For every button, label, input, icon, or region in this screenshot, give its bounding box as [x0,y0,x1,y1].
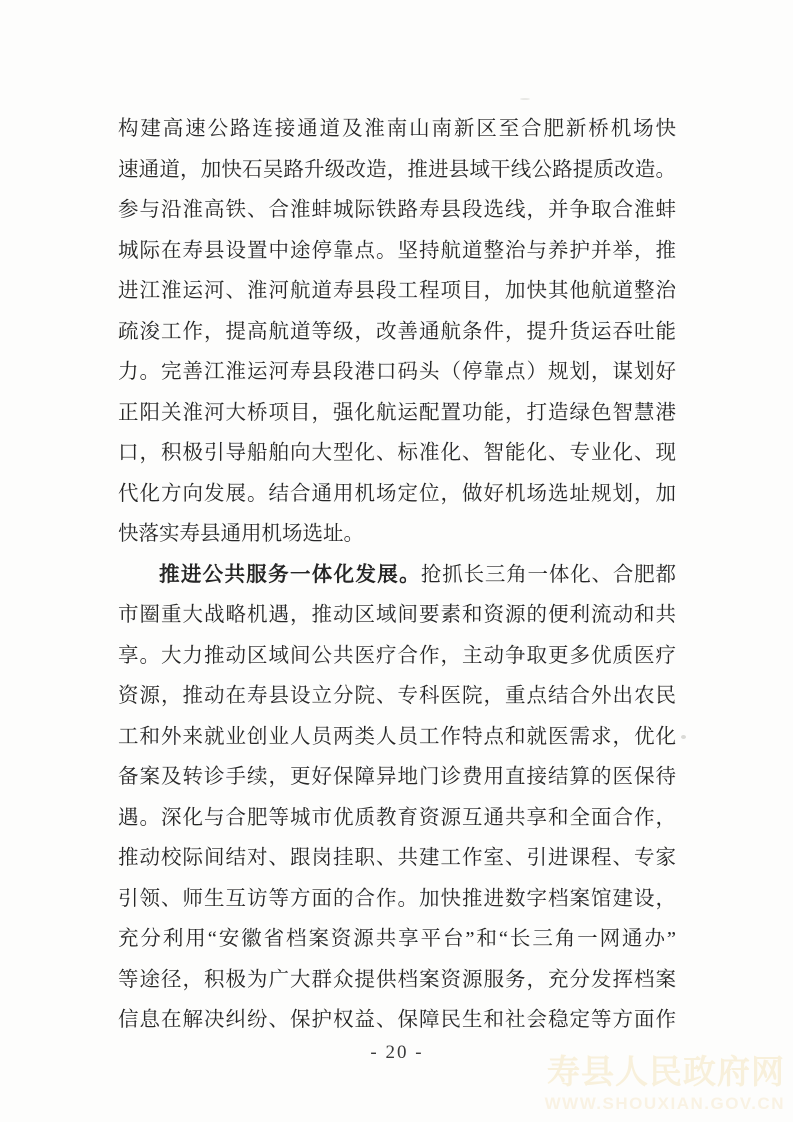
text-line: 市圈重大战略机遇，推动区域间要素和资源的便利流动和共 [118,595,676,636]
document-body: 构建高速公路连接通道及淮南山南新区至合肥新桥机场快 速通道，加快石吴路升级改造，… [118,109,676,1041]
text-line-paragraph-start: 推进公共服务一体化发展。抢抓长三角一体化、合肥都 [118,555,676,596]
paragraph-lead-bold: 推进公共服务一体化发展。 [159,563,421,586]
paragraph-lead-rest: 抢抓长三角一体化、合肥都 [421,564,676,586]
text-line: 信息在解决纠纷、保护权益、保障民生和社会稳定等方面作 [118,1000,676,1041]
text-line: 备案及转诊手续，更好保障异地门诊费用直接结算的医保待 [118,757,676,798]
text-line: 等途径，积极为广大群众提供档案资源服务，充分发挥档案 [118,960,676,1001]
scan-artifact-speck [520,98,530,100]
scan-artifact-top [0,0,793,6]
scan-artifact-speck [681,735,686,739]
text-line: 工和外来就业创业人员两类人员工作特点和就医需求，优化 [118,717,676,758]
text-line: 资源，推动在寿县设立分院、专科医院，重点结合外出农民 [118,676,676,717]
text-line: 遇。深化与合肥等城市优质教育资源互通共享和全面合作， [118,798,676,839]
text-line: 享。大力推动区域间公共医疗合作，主动争取更多优质医疗 [118,636,676,677]
text-line: 进江淮运河、淮河航道寿县段工程项目，加快其他航道整治 [118,271,676,312]
text-line: 正阳关淮河大桥项目，强化航运配置功能，打造绿色智慧港 [118,393,676,434]
text-line: 力。完善江淮运河寿县段港口码头（停靠点）规划，谋划好 [118,352,676,393]
text-line: 口，积极引导船舶向大型化、标准化、智能化、专业化、现 [118,433,676,474]
page-number: - 20 - [118,1042,676,1064]
text-line: 引领、师生互访等方面的合作。加快推进数字档案馆建设， [118,879,676,920]
text-line: 推动校际间结对、跟岗挂职、共建工作室、引进课程、专家 [118,838,676,879]
document-page: 构建高速公路连接通道及淮南山南新区至合肥新桥机场快 速通道，加快石吴路升级改造，… [0,0,793,1122]
text-line: 代化方向发展。结合通用机场定位，做好机场选址规划，加 [118,474,676,515]
text-line: 城际在寿县设置中途停靠点。坚持航道整治与养护并举，推 [118,231,676,272]
text-line: 速通道，加快石吴路升级改造，推进县域干线公路提质改造。 [118,150,676,191]
text-line: 构建高速公路连接通道及淮南山南新区至合肥新桥机场快 [118,109,676,150]
text-line: 充分利用“安徽省档案资源共享平台”和“长三角一网通办” [118,919,676,960]
watermark-url-text: WWW.SHOUXIAN.GOV.CN [545,1093,785,1114]
text-line: 疏浚工作，提高航道等级，改善通航条件，提升货运吞吐能 [118,312,676,353]
text-line: 参与沿淮高铁、合淮蚌城际铁路寿县段选线，并争取合淮蚌 [118,190,676,231]
text-line-paragraph-end: 快落实寿县通用机场选址。 [118,514,676,555]
